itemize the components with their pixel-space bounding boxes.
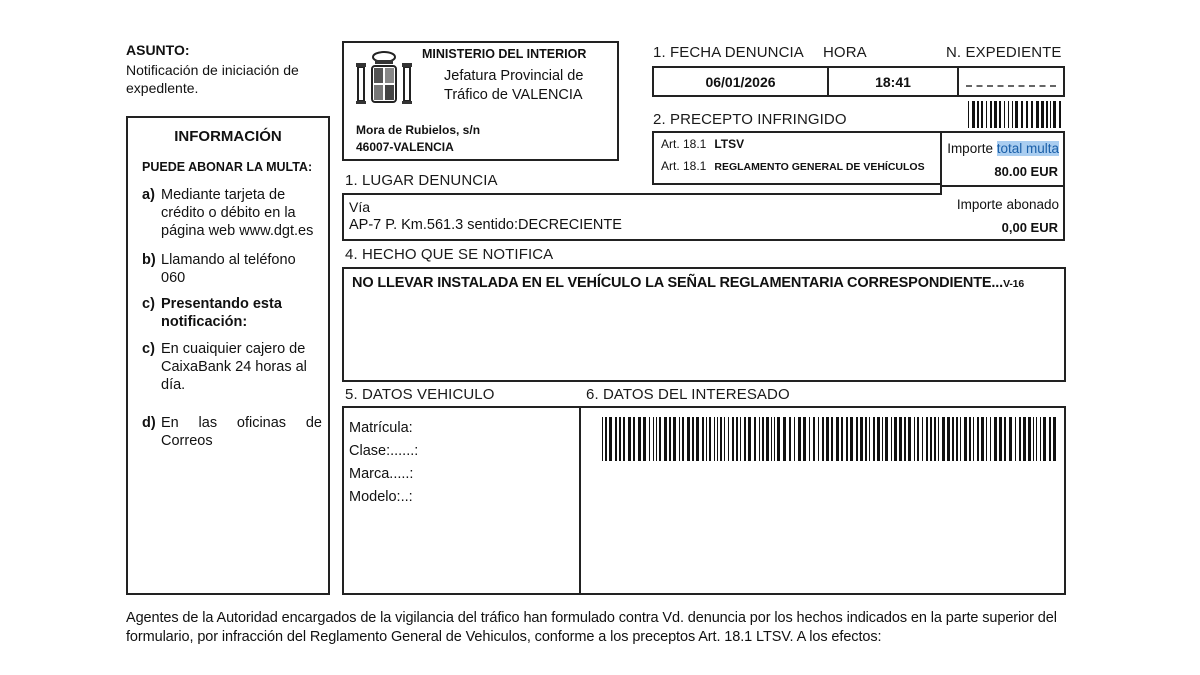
info-subtitle: PUEDE ABONAR LA MULTA: [142,160,312,174]
payment-info-panel: INFORMACIÓN PUEDE ABONAR LA MULTA: a) Me… [126,116,330,595]
precepto-label: 2. PRECEPTO INFRINGIDO [653,111,847,128]
option-text: Presentando esta notificación: [161,295,322,331]
hecho-description: NO LLEVAR INSTALADA EN EL VEHÍCULO LA SE… [352,275,1003,291]
fecha-hora-expediente-row: 06/01/2026 18:41 [652,66,1065,97]
expediente-barcode [968,101,1064,128]
importe-total-label: Importe total multa [947,141,1059,156]
importe-abonado-value: 0,00 EUR [1002,220,1058,235]
hecho-text: NO LLEVAR INSTALADA EN EL VEHÍCULO LA SE… [352,275,1024,291]
vehiculo-label: 5. DATOS VEHICULO [345,386,495,403]
precepto-law: LTSV [714,137,744,151]
fecha-denuncia-label: 1. FECHA DENUNCIA [653,44,804,61]
option-key: c) [142,295,161,331]
ministry-address: Mora de Rubielos, s/n 46007-VALENCIA [356,122,480,156]
legal-notice: Agentes de la Autoridad encargados de la… [126,609,1071,647]
precepto-article: Art. 18.1 [661,159,706,173]
asunto-heading: ASUNTO: [126,42,190,58]
lugar-label: 1. LUGAR DENUNCIA [345,172,498,189]
importe-total-value: 80.00 EUR [994,164,1058,179]
payment-option-c-present: c) Presentando esta notificación: [142,295,322,331]
department-line-2: Tráfico de VALENCIA [444,86,583,105]
clase-field: Clase:......: [349,443,418,459]
department-line-1: Jefatura Provincial de [444,67,583,86]
interesado-box [579,406,1066,595]
hecho-box: NO LLEVAR INSTALADA EN EL VEHÍCULO LA SE… [342,267,1066,382]
importe-total-box: Importe total multa 80.00 EUR [940,131,1065,187]
precepto-line: Art. 18.1LTSV [661,137,744,151]
importe-abonado-box: Importe abonado 0,00 EUR [940,185,1065,241]
precepto-article: Art. 18.1 [661,137,706,151]
option-text: En las oficinas de Correos [161,414,322,450]
payment-option-c-atm: c) En cuaiquier cajero de CaixaBank 24 h… [142,340,322,394]
via-label: Vía [349,199,370,215]
option-text: Mediante tarjeta de crédito o débito en … [161,186,322,240]
lugar-box: Vía AP-7 P. Km.561.3 sentido:DECRECIENTE [342,193,942,241]
info-title: INFORMACIÓN [128,128,328,145]
hecho-code: V-16 [1003,278,1024,290]
payment-option-d: d) En las oficinas de Correos [142,414,322,450]
modelo-field: Modelo:..: [349,489,413,505]
payment-option-b: b) Llamando al teléfono 060 [142,251,322,287]
vehiculo-box: Matrícula: Clase:......: Marca.....: Mod… [342,406,582,595]
expediente-value [959,68,1063,95]
ministry-title: MINISTERIO DEL INTERIOR [422,47,586,61]
option-key: b) [142,251,161,287]
hora-label: HORA [823,44,867,61]
hecho-label: 4. HECHO QUE SE NOTIFICA [345,246,553,263]
payment-option-a: a) Mediante tarjeta de crédito o débito … [142,186,322,240]
coat-of-arms-spain-icon [354,49,414,107]
issuer-header: MINISTERIO DEL INTERIOR Jefatura Provinc… [342,41,619,161]
hora-value: 18:41 [829,68,959,95]
asunto-text: Notificación de iniciación de expedlente… [126,61,336,97]
option-text: En cuaiquier cajero de CaixaBank 24 hora… [161,340,322,394]
address-line-1: Mora de Rubielos, s/n [356,122,480,139]
option-key: d) [142,414,161,450]
fecha-value: 06/01/2026 [654,68,829,95]
precepto-law: REGLAMENTO GENERAL DE VEHÍCULOS [714,161,924,173]
interesado-barcode [602,417,1058,461]
expediente-label: N. EXPEDIENTE [946,44,1062,61]
option-key: c) [142,340,161,394]
precepto-box: Art. 18.1LTSV Art. 18.1REGLAMENTO GENERA… [652,131,942,185]
precepto-line: Art. 18.1REGLAMENTO GENERAL DE VEHÍCULOS [661,159,925,173]
option-key: a) [142,186,161,240]
importe-abonado-label: Importe abonado [957,197,1059,212]
lugar-value: AP-7 P. Km.561.3 sentido:DECRECIENTE [349,217,622,233]
expediente-placeholder-line [966,85,1056,87]
ministry-department: Jefatura Provincial de Tráfico de VALENC… [444,67,583,105]
option-text: Llamando al teléfono 060 [161,251,322,287]
importe-label-prefix: Importe [947,141,997,156]
address-line-2: 46007-VALENCIA [356,139,480,156]
marca-field: Marca.....: [349,466,413,482]
matricula-field: Matrícula: [349,420,413,436]
importe-label-highlight: total multa [997,141,1059,156]
interesado-label: 6. DATOS DEL INTERESADO [586,386,790,403]
